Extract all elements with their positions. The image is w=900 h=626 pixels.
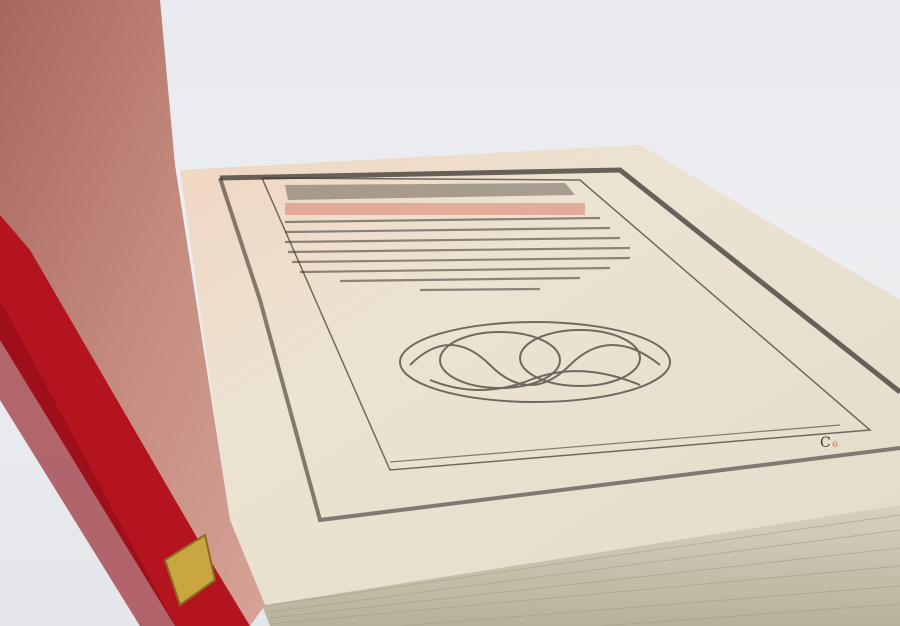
- book-photo: С ѳ: [0, 0, 900, 626]
- rubric-title: [285, 203, 585, 215]
- svg-text:ѳ: ѳ: [832, 437, 838, 450]
- book-illustration: С ѳ: [0, 0, 900, 626]
- page-signature: С: [820, 435, 831, 451]
